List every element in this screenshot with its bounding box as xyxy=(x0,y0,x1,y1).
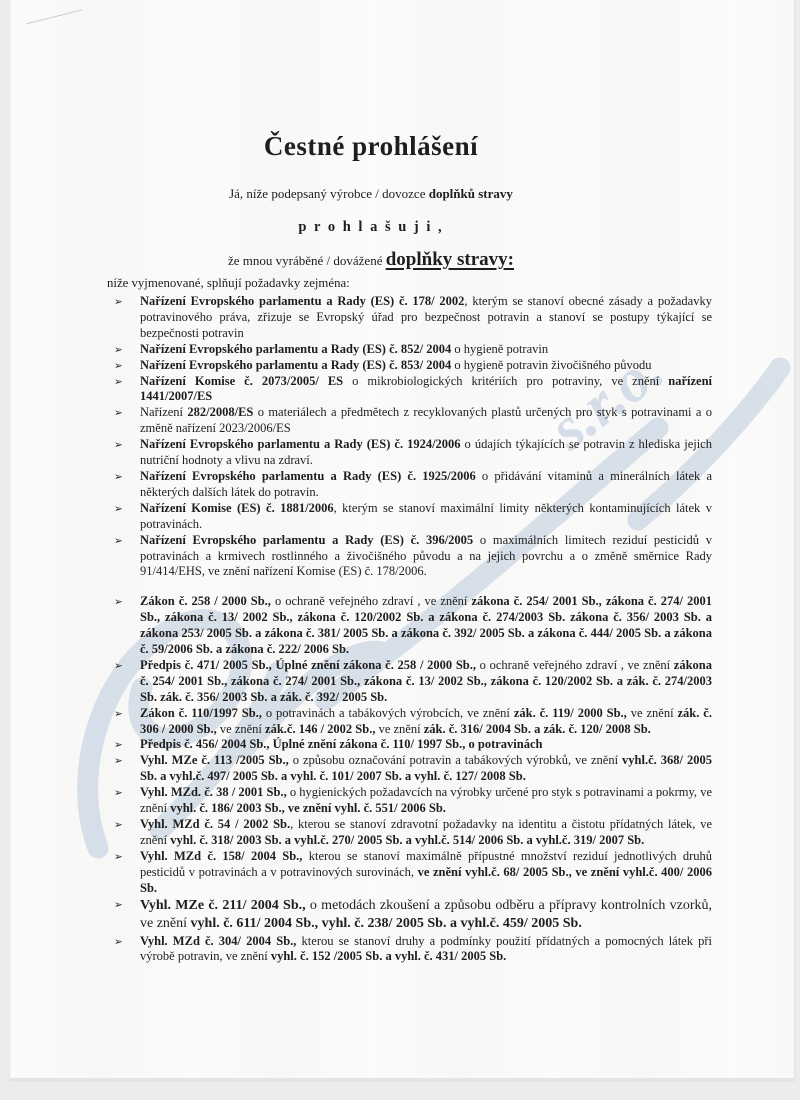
list-bullet-icon: ➢ xyxy=(114,738,123,753)
regulation-item: ➢ Nařízení 282/2008/ES o materiálech a p… xyxy=(140,405,712,437)
regulation-item: ➢ Předpis č. 471/ 2005 Sb., Úplné znění … xyxy=(140,658,712,706)
list-bullet-icon: ➢ xyxy=(114,375,123,390)
regulation-description: ve znění xyxy=(375,722,423,736)
regulation-text: Nařízení Komise č. 2073/2005/ ES o mikro… xyxy=(140,374,712,404)
list-bullet-icon: ➢ xyxy=(114,935,123,950)
regulation-text: Zákon č. 110/1997 Sb., o potravinách a t… xyxy=(140,706,712,736)
regulation-reference: Vyhl. MZe č. 113 /2005 Sb., xyxy=(140,753,289,767)
regulation-description: Nařízení xyxy=(140,405,187,419)
regulation-item: ➢ Nařízení Komise č. 2073/2005/ ES o mik… xyxy=(140,374,712,406)
regulation-reference: Nařízení Evropského parlamentu a Rady (E… xyxy=(140,358,451,372)
regulation-reference: Nařízení Komise č. 2073/2005/ ES xyxy=(140,374,343,388)
list-bullet-icon: ➢ xyxy=(114,534,123,549)
regulation-text: Nařízení Evropského parlamentu a Rady (E… xyxy=(140,342,548,356)
regulation-description: ve znění xyxy=(217,722,265,736)
regulation-reference: Nařízení Evropského parlamentu a Rady (E… xyxy=(140,342,451,356)
regulation-text: Nařízení Evropského parlamentu a Rady (E… xyxy=(140,469,712,499)
regulation-description: o ochraně veřejného zdraví , ve znění xyxy=(271,594,472,608)
regulation-item: ➢ Zákon č. 110/1997 Sb., o potravinách a… xyxy=(140,706,712,738)
regulation-text: Nařízení Evropského parlamentu a Rady (E… xyxy=(140,437,712,467)
regulation-item: ➢ Předpis č. 456/ 2004 Sb., Úplné znění … xyxy=(140,737,712,753)
requirements-intro-line: níže vyjmenované, splňují požadavky zejm… xyxy=(107,276,800,291)
regulation-description: o hygieně potravin živočišného původu xyxy=(451,358,651,372)
regulation-text: Vyhl. MZe č. 211/ 2004 Sb., o metodách z… xyxy=(140,898,712,932)
regulation-reference: Vyhl. MZd č. 304/ 2004 Sb., xyxy=(140,934,296,948)
regulation-reference: Nařízení Evropského parlamentu a Rady (E… xyxy=(140,533,473,547)
list-bullet-icon: ➢ xyxy=(114,659,123,674)
regulation-text: Předpis č. 471/ 2005 Sb., Úplné znění zá… xyxy=(140,658,712,704)
list-bullet-icon: ➢ xyxy=(114,707,123,722)
regulation-reference: zák.č. 146 / 2002 Sb., xyxy=(265,722,375,736)
regulation-text: Nařízení Komise (ES) č. 1881/2006, který… xyxy=(140,501,712,531)
intro-line-1-bold: doplňků stravy xyxy=(429,186,513,201)
regulation-item: ➢ Nařízení Evropského parlamentu a Rady … xyxy=(140,437,712,469)
list-bullet-icon: ➢ xyxy=(114,438,123,453)
list-bullet-icon: ➢ xyxy=(114,818,123,833)
regulation-item: ➢ Nařízení Evropského parlamentu a Rady … xyxy=(140,294,712,342)
regulation-reference: Předpis č. 456/ 2004 Sb., Úplné znění zá… xyxy=(140,737,542,751)
regulation-reference: Předpis č. 471/ 2005 Sb., Úplné znění zá… xyxy=(140,658,476,672)
regulation-item: ➢ Vyhl. MZe č. 113 /2005 Sb., o způsobu … xyxy=(140,753,712,785)
regulation-description: ve znění xyxy=(627,706,678,720)
regulation-description: o mikrobiologických kritériích pro potra… xyxy=(343,374,668,388)
regulation-text: Vyhl. MZd. č. 38 / 2001 Sb., o hygienick… xyxy=(140,785,712,815)
regulation-description: o způsobu označování potravin a tabákový… xyxy=(289,753,622,767)
regulation-text: Vyhl. MZe č. 113 /2005 Sb., o způsobu oz… xyxy=(140,753,712,783)
intro-line-2-regular: že mnou vyráběné / dovážené xyxy=(228,253,386,268)
regulation-reference: Vyhl. MZd č. 158/ 2004 Sb., xyxy=(140,849,302,863)
list-bullet-icon: ➢ xyxy=(114,595,123,610)
regulation-text: Vyhl. MZd č. 304/ 2004 Sb., kterou se st… xyxy=(140,934,712,964)
regulation-description: o ochraně veřejného zdraví , ve znění xyxy=(476,658,674,672)
regulation-reference: vyhl. č. 186/ 2003 Sb., ve znění vyhl. č… xyxy=(170,801,446,815)
regulation-reference: zák. č. 316/ 2004 Sb. a zák. č. 120/ 200… xyxy=(424,722,651,736)
regulation-item: ➢ Vyhl. MZd č. 304/ 2004 Sb., kterou se … xyxy=(140,934,712,966)
list-bullet-icon: ➢ xyxy=(114,295,123,310)
regulation-item: ➢ Nařízení Evropského parlamentu a Rady … xyxy=(140,342,712,358)
intro-line-2: že mnou vyráběné / dovážené doplňky stra… xyxy=(30,249,712,271)
regulation-reference: Vyhl. MZd č. 54 / 2002 Sb. xyxy=(140,817,290,831)
regulation-item: ➢ Vyhl. MZd č. 158/ 2004 Sb., kterou se … xyxy=(140,849,712,897)
regulation-text: Nařízení Evropského parlamentu a Rady (E… xyxy=(140,358,652,372)
intro-line-2-bold-underlined: doplňky stravy: xyxy=(386,249,514,270)
regulation-item: ➢ Nařízení Evropského parlamentu a Rady … xyxy=(140,533,712,581)
regulation-reference: Zákon č. 258 / 2000 Sb., xyxy=(140,594,271,608)
list-bullet-icon: ➢ xyxy=(114,502,123,517)
declaration-word: p r o h l a š u j i , xyxy=(30,219,712,236)
regulation-text: Nařízení 282/2008/ES o materiálech a pře… xyxy=(140,405,712,435)
regulation-text: Zákon č. 258 / 2000 Sb., o ochraně veřej… xyxy=(140,594,712,656)
regulation-text: Nařízení Evropského parlamentu a Rady (E… xyxy=(140,294,712,340)
regulation-text: Vyhl. MZd č. 158/ 2004 Sb., kterou se st… xyxy=(140,849,712,895)
regulation-reference: Nařízení Evropského parlamentu a Rady (E… xyxy=(140,469,476,483)
regulation-list: ➢ Nařízení Evropského parlamentu a Rady … xyxy=(140,294,712,965)
regulation-reference: Vyhl. MZe č. 211/ 2004 Sb., xyxy=(140,898,306,913)
intro-line-1-regular: Já, níže podepsaný výrobce / dovozce xyxy=(229,186,429,201)
regulation-reference: 282/2008/ES xyxy=(187,405,253,419)
list-bullet-icon: ➢ xyxy=(114,359,123,374)
regulation-text: Předpis č. 456/ 2004 Sb., Úplné znění zá… xyxy=(140,737,542,751)
regulation-item: ➢ Vyhl. MZd č. 54 / 2002 Sb., kterou se … xyxy=(140,817,712,849)
regulation-text: Vyhl. MZd č. 54 / 2002 Sb., kterou se st… xyxy=(140,817,712,847)
regulation-reference: vyhl. č. 152 /2005 Sb. a vyhl. č. 431/ 2… xyxy=(271,949,506,963)
regulation-item: ➢ Vyhl. MZe č. 211/ 2004 Sb., o metodách… xyxy=(140,897,712,934)
regulation-item: ➢ Vyhl. MZd. č. 38 / 2001 Sb., o hygieni… xyxy=(140,785,712,817)
list-bullet-icon: ➢ xyxy=(114,343,123,358)
list-bullet-icon: ➢ xyxy=(114,470,123,485)
list-bullet-icon: ➢ xyxy=(114,754,123,769)
regulation-item: ➢ Nařízení Evropského parlamentu a Rady … xyxy=(140,469,712,501)
regulation-reference: Zákon č. 110/1997 Sb., xyxy=(140,706,262,720)
regulation-description: o hygieně potravin xyxy=(451,342,548,356)
regulation-reference: Nařízení Evropského parlamentu a Rady (E… xyxy=(140,294,464,308)
regulation-item: ➢ Nařízení Komise (ES) č. 1881/2006, kte… xyxy=(140,501,712,533)
regulation-reference: vyhl. č. 611/ 2004 Sb., vyhl. č. 238/ 20… xyxy=(191,916,582,931)
document-page: s.r.o. Čestné prohlášení Já, níže podeps… xyxy=(10,0,795,1080)
intro-line-1: Já, níže podepsaný výrobce / dovozce dop… xyxy=(30,186,712,202)
regulation-reference: vyhl. č. 318/ 2003 Sb. a vyhl.č. 270/ 20… xyxy=(170,833,644,847)
regulation-item: ➢ Zákon č. 258 / 2000 Sb., o ochraně veř… xyxy=(140,594,712,658)
regulation-reference: zák. č. 119/ 2000 Sb., xyxy=(514,706,627,720)
regulation-description: o potravinách a tabákových výrobcích, ve… xyxy=(262,706,514,720)
regulation-item: ➢ Nařízení Evropského parlamentu a Rady … xyxy=(140,358,712,374)
list-bullet-icon: ➢ xyxy=(114,898,123,913)
list-bullet-icon: ➢ xyxy=(114,850,123,865)
list-bullet-icon: ➢ xyxy=(114,786,123,801)
regulation-reference: Nařízení Komise (ES) č. 1881/2006 xyxy=(140,501,334,515)
list-bullet-icon: ➢ xyxy=(114,406,123,421)
regulation-text: Nařízení Evropského parlamentu a Rady (E… xyxy=(140,533,712,579)
regulation-reference: Nařízení Evropského parlamentu a Rady (E… xyxy=(140,437,461,451)
page-title: Čestné prohlášení xyxy=(30,131,712,162)
regulation-reference: Vyhl. MZd. č. 38 / 2001 Sb., xyxy=(140,785,287,799)
